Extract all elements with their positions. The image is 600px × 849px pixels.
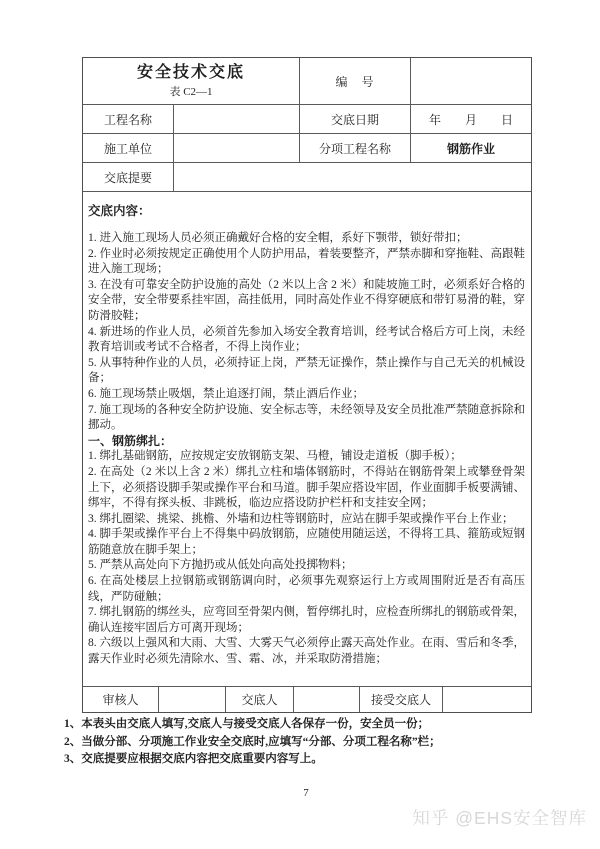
section-heading-rebar-tying: 一、钢筋绑扎：	[88, 434, 525, 450]
signoff-row: 审核人 交底人 接受交底人	[83, 687, 531, 712]
project-name-label: 工程名称	[83, 105, 174, 133]
discloser-value	[294, 687, 360, 712]
project-name-value	[174, 105, 300, 133]
page-number: 7	[0, 787, 600, 799]
content-item: 1. 进入施工现场人员必须正确戴好合格的安全帽，系好下颚带，锁好带扣；	[88, 231, 525, 247]
disclosure-date-value: 年 月 日	[411, 105, 531, 133]
content-item: 7. 绑扎钢筋的绑丝头，应弯回至骨架内侧，暂停绑扎时，应检查所绑扎的钢筋或骨架，…	[88, 605, 525, 636]
summary-value	[174, 163, 531, 191]
summary-row: 交底提要	[83, 163, 531, 192]
content-item: 4. 脚手架或操作平台上不得集中码放钢筋，应随使用随运送，不得将工具、箍筋或短钢…	[88, 527, 525, 558]
content-heading: 交底内容：	[88, 201, 525, 219]
content-item: 3. 绑扎圈梁、挑梁、挑檐、外墙和边柱等钢筋时，应站在脚手架或操作平台上作业；	[88, 512, 525, 528]
construction-unit-row: 施工单位 分项工程名称 钢筋作业	[83, 134, 531, 163]
form-title-cell: 安全技术交底 表 C2—1	[83, 58, 300, 104]
content-item: 4. 新进场的作业人员，必须首先参加入场安全教育培训，经考试合格后方可上岗，未经…	[88, 325, 525, 356]
construction-unit-label: 施工单位	[83, 134, 174, 162]
content-item: 8. 六级以上强风和大雨、大雪、大雾天气必须停止露天高处作业。在雨、雪后和冬季，…	[88, 636, 525, 667]
content-item: 7. 施工现场的各种安全防护设施、安全标志等，未经领导及安全员批准严禁随意拆除和…	[88, 403, 525, 434]
footer-notes: 1、本表头由交底人填写,交底人与接受交底人各保存一份，安全员一份； 2、当做分部…	[64, 716, 544, 769]
disclosure-date-label: 交底日期	[300, 105, 411, 133]
disclosure-content-cell: 交底内容： 1. 进入施工现场人员必须正确戴好合格的安全帽，系好下颚带，锁好带扣…	[83, 192, 531, 687]
form-code: 表 C2—1	[169, 85, 212, 99]
form-title: 安全技术交底	[137, 63, 245, 82]
discloser-label: 交底人	[226, 687, 294, 712]
receiver-value	[443, 687, 531, 712]
project-name-row: 工程名称 交底日期 年 月 日	[83, 105, 531, 134]
footer-note: 1、本表头由交底人填写,交底人与接受交底人各保存一份，安全员一份；	[64, 716, 544, 734]
footer-note: 2、当做分部、分项施工作业安全交底时,应填写“分部、分项工程名称”栏；	[64, 734, 544, 752]
content-item: 3. 在没有可靠安全防护设施的高处（2 米以上含 2 米）和陡坡施工时，必须系好…	[88, 278, 525, 325]
content-item: 2. 在高处（2 米以上含 2 米）绑扎立柱和墙体钢筋时，不得站在钢筋骨架上或攀…	[88, 465, 525, 512]
safety-disclosure-form: 安全技术交底 表 C2—1 编 号 工程名称 交底日期 年 月 日 施工单位 分…	[82, 57, 532, 713]
summary-label: 交底提要	[83, 163, 174, 191]
watermark-zhihu-ehs: 知乎 @EHS安全智库	[412, 805, 587, 830]
subproject-name-value: 钢筋作业	[411, 134, 531, 162]
reviewer-value	[159, 687, 226, 712]
header-title-row: 安全技术交底 表 C2—1 编 号	[83, 58, 531, 105]
content-item: 5. 严禁从高处向下方抛扔或从低处向高处投掷物料；	[88, 558, 525, 574]
content-item: 6. 施工现场禁止吸烟，禁止追逐打闹，禁止酒后作业；	[88, 387, 525, 403]
number-value	[411, 58, 531, 104]
content-item: 1. 绑扎基础钢筋，应按规定安放钢筋支架、马橙，铺设走道板（脚手板）；	[88, 449, 525, 465]
reviewer-label: 审核人	[83, 687, 159, 712]
subproject-name-label: 分项工程名称	[300, 134, 411, 162]
footer-note: 3、交底提要应根据交底内容把交底重要内容写上。	[64, 751, 544, 769]
receiver-label: 接受交底人	[360, 687, 443, 712]
content-item: 2. 作业时必须按规定正确使用个人防护用品，着装要整齐，严禁赤脚和穿拖鞋、高跟鞋…	[88, 247, 525, 278]
content-item: 6. 在高处楼层上拉钢筋或钢筋调向时，必须事先观察运行上方或周围附近是否有高压线…	[88, 574, 525, 605]
document-page: 安全技术交底 表 C2—1 编 号 工程名称 交底日期 年 月 日 施工单位 分…	[0, 0, 600, 849]
number-label: 编 号	[300, 58, 411, 104]
content-item: 5. 从事特种作业的人员，必须持证上岗，严禁无证操作，禁止操作与自己无关的机械设…	[88, 356, 525, 387]
construction-unit-value	[174, 134, 300, 162]
